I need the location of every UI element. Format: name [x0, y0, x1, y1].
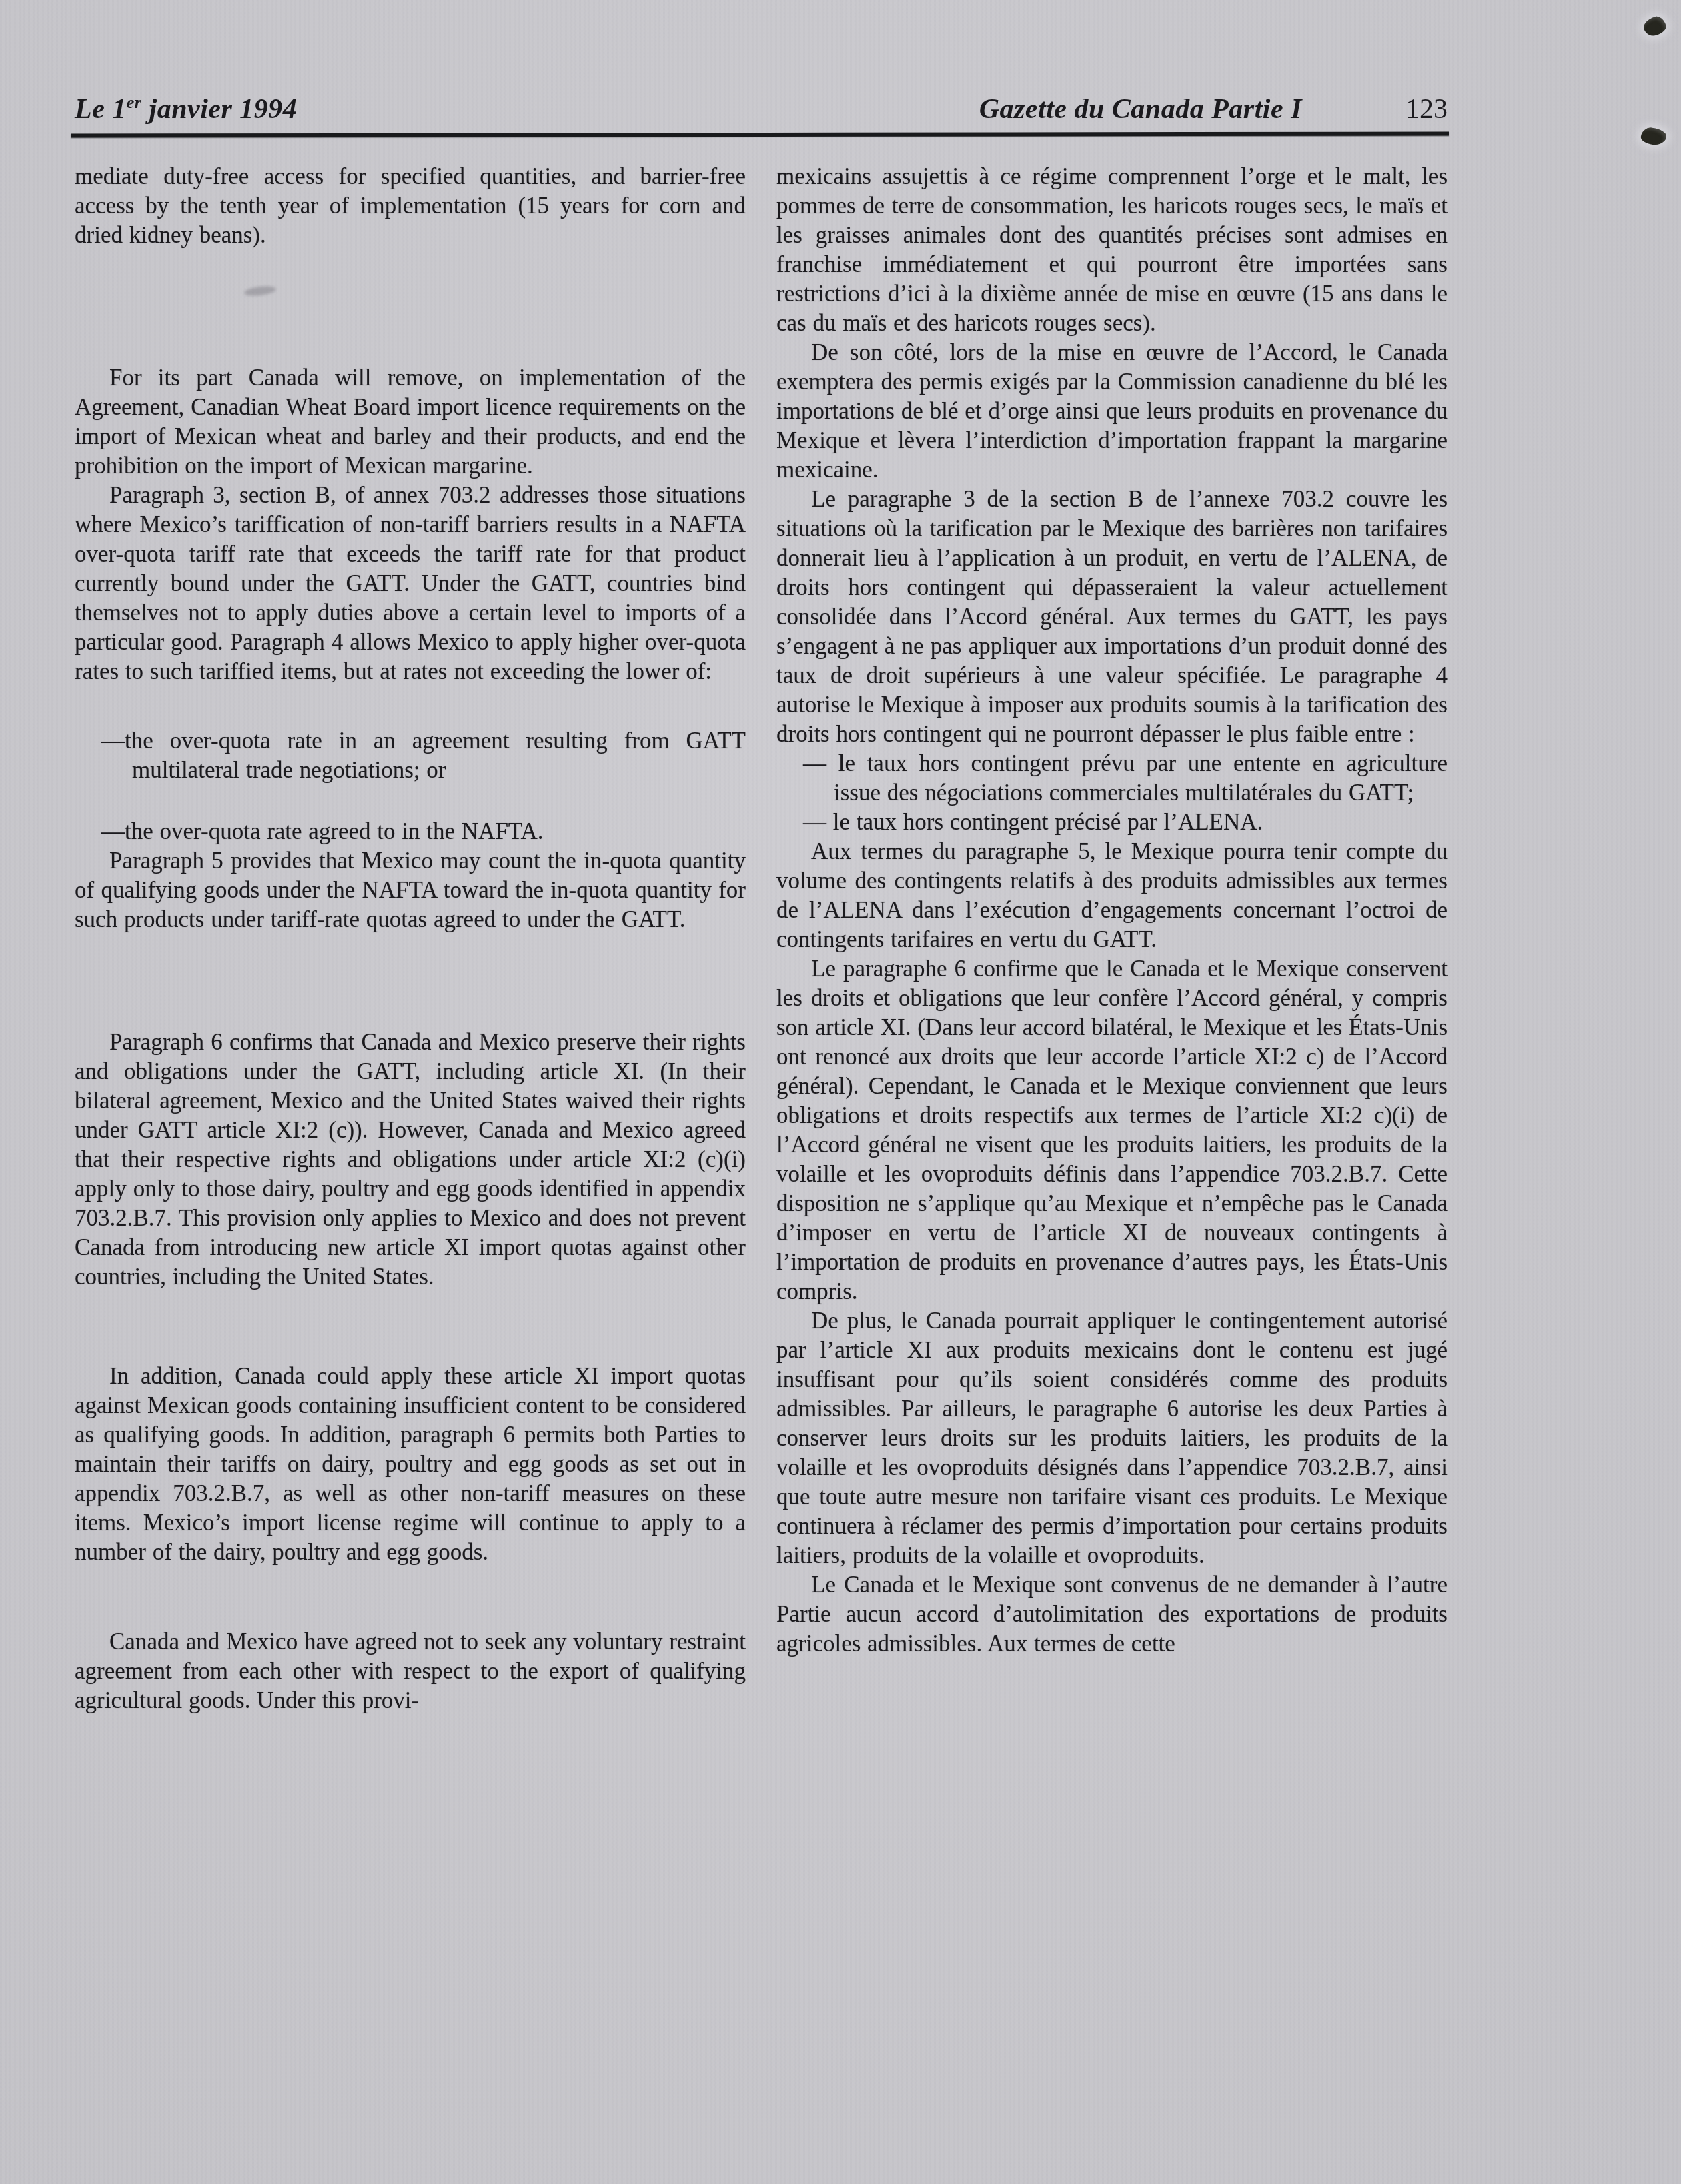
two-column-body: mediate duty-free access for specified q…: [75, 162, 1448, 1715]
header-date-prefix: Le 1: [75, 94, 127, 125]
paragraph: Paragraph 5 provides that Mexico may cou…: [75, 846, 746, 934]
bullet-item: — le taux hors contingent prévu par une …: [776, 749, 1448, 808]
paragraph: Canada and Mexico have agreed not to see…: [75, 1627, 746, 1715]
header-rule: [71, 132, 1449, 138]
paragraph: Paragraph 3, section B, of annex 703.2 a…: [75, 481, 746, 686]
bullet-item: — le taux hors contingent précisé par l’…: [776, 808, 1448, 837]
ink-mark: [1640, 127, 1667, 146]
header-date: Le 1er janvier 1994: [75, 93, 297, 125]
ink-mark: [1642, 15, 1668, 39]
paragraph: De plus, le Canada pourrait appliquer le…: [776, 1306, 1448, 1570]
header-date-rest: janvier 1994: [141, 94, 297, 125]
bullet-item: —the over-quota rate in an agreement res…: [75, 726, 746, 785]
paragraph: De son côté, lors de la mise en œuvre de…: [776, 338, 1448, 485]
column-english: mediate duty-free access for specified q…: [75, 162, 746, 1715]
paragraph: Paragraph 6 confirms that Canada and Mex…: [75, 1028, 746, 1292]
paragraph: Le paragraphe 6 confirme que le Canada e…: [776, 954, 1448, 1306]
bullet-item: —the over-quota rate agreed to in the NA…: [75, 817, 746, 846]
paragraph: Le Canada et le Mexique sont convenus de…: [776, 1570, 1448, 1659]
page-header: Le 1er janvier 1994 Gazette du Canada Pa…: [75, 93, 1448, 131]
paragraph: mexicains assujettis à ce régime compren…: [776, 162, 1448, 338]
header-page-number: 123: [1406, 93, 1448, 125]
scanned-gazette-page: Le 1er janvier 1994 Gazette du Canada Pa…: [0, 0, 1681, 2184]
header-journal-title: Gazette du Canada Partie I: [979, 93, 1302, 125]
paragraph: Le paragraphe 3 de la section B de l’ann…: [776, 485, 1448, 749]
paragraph: In addition, Canada could apply these ar…: [75, 1362, 746, 1567]
header-date-superscript: er: [127, 93, 142, 112]
paragraph: Aux termes du paragraphe 5, le Mexique p…: [776, 837, 1448, 954]
paragraph: For its part Canada will remove, on impl…: [75, 363, 746, 481]
paragraph: mediate duty-free access for specified q…: [75, 162, 746, 250]
column-french: mexicains assujettis à ce régime compren…: [776, 162, 1448, 1715]
